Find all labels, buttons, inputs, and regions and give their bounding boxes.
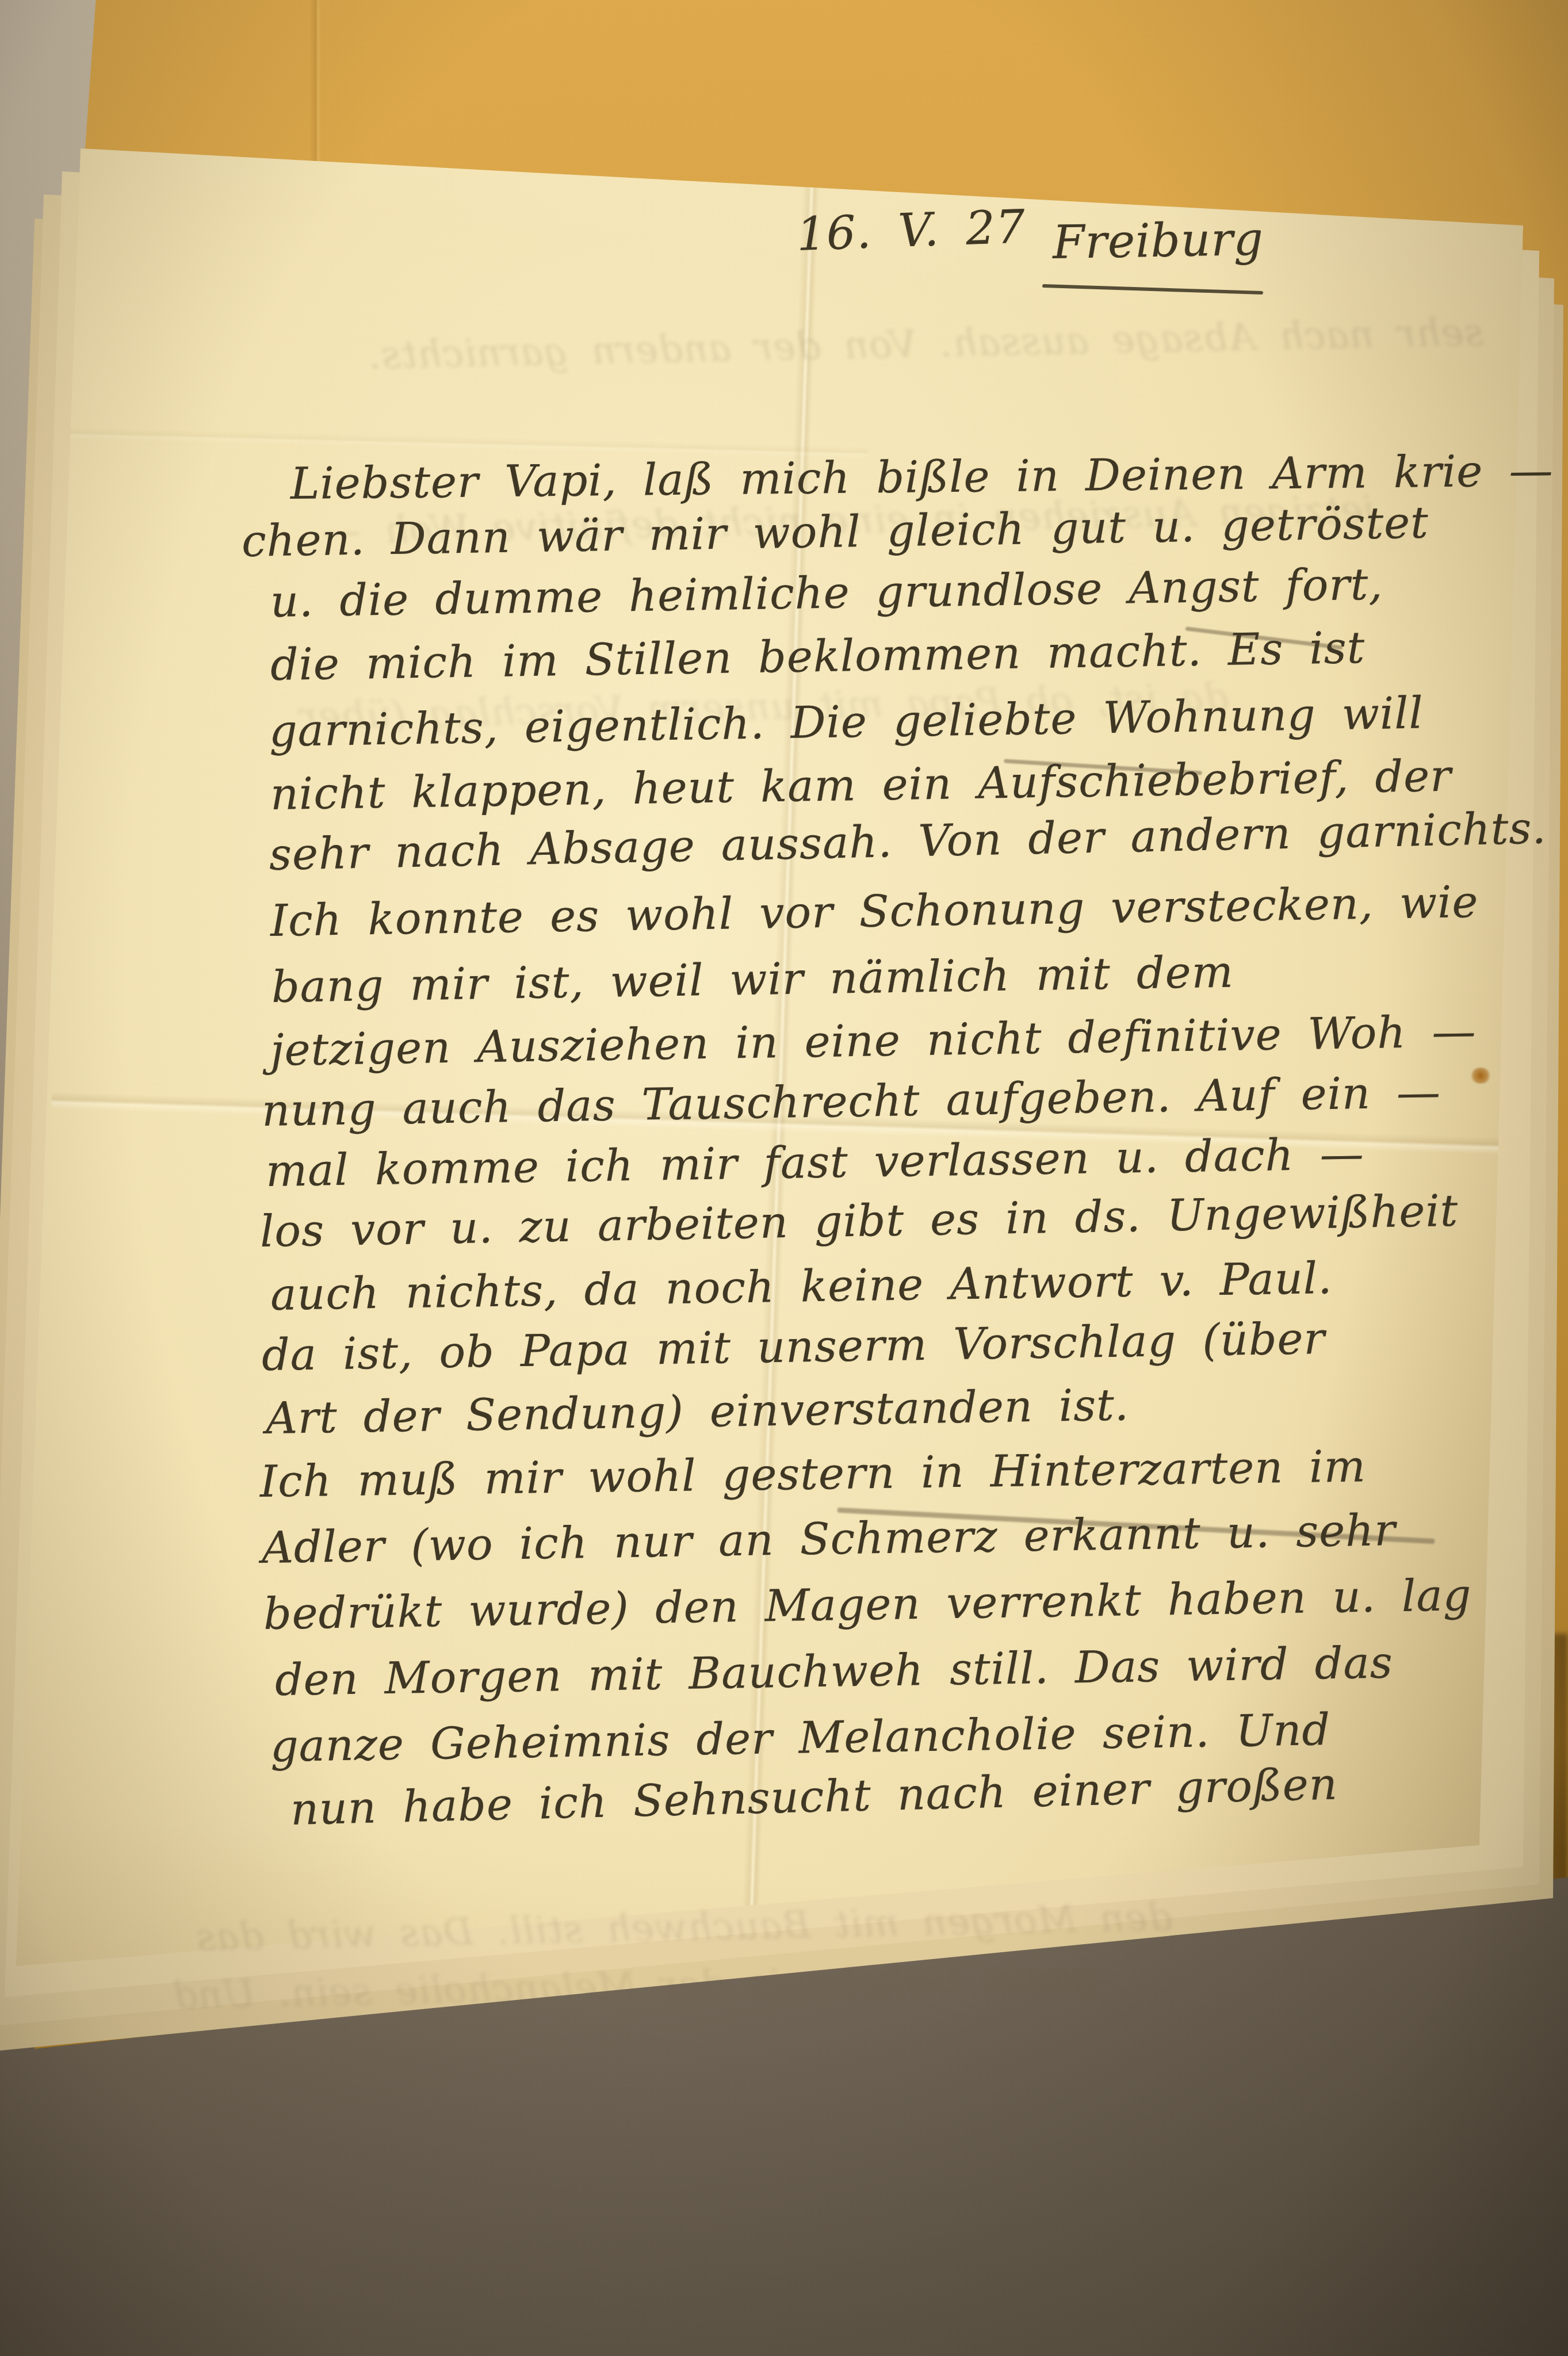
underline-freiburg bbox=[1042, 284, 1263, 294]
handwriting-layer: 16. V. 27 Freiburg Liebster Vapi, laß mi… bbox=[0, 0, 1568, 2356]
letter-date: 16. V. 27 bbox=[796, 204, 1027, 258]
letter-line: Ich konnte es wohl vor Schonung versteck… bbox=[270, 880, 1478, 943]
photo-of-letter: sehr nach Absage aussah. Von der andern … bbox=[0, 0, 1568, 2356]
letter-line: nun habe ich Sehnsucht nach einer großen bbox=[290, 1762, 1338, 1831]
letter-line: die mich im Stillen beklommen macht. Es … bbox=[270, 626, 1365, 687]
letter-line: auch nichts, da noch keine Antwort v. Pa… bbox=[270, 1256, 1332, 1317]
letter-line: nung auch das Tauschrecht aufgeben. Auf … bbox=[261, 1070, 1441, 1133]
letter-line: nicht klappen, heut kam ein Aufschiebebr… bbox=[270, 754, 1452, 816]
letter-line: sehr nach Absage aussah. Von der andern … bbox=[269, 806, 1547, 876]
letter-line: Adler (wo ich nur an Schmerz erkannt u. … bbox=[261, 1508, 1396, 1570]
letter-line: bedrükt wurde) den Magen verrenkt haben … bbox=[263, 1573, 1471, 1636]
letter-line: u. die dumme heimliche grundlose Angst f… bbox=[270, 563, 1383, 624]
letter-line: Ich muß mir wohl gestern in Hinterzarten… bbox=[259, 1444, 1366, 1504]
letter-line: bang mir ist, weil wir nämlich mit dem bbox=[271, 950, 1234, 1009]
letter-line: los vor u. zu arbeiten gibt es in ds. Un… bbox=[259, 1189, 1458, 1253]
letter-line: Liebster Vapi, laß mich bißle in Deinen … bbox=[290, 449, 1554, 506]
letter-line: mal komme ich mir fast verlassen u. dach… bbox=[265, 1132, 1364, 1193]
letter-line: jetzigen Ausziehen in eine nicht definit… bbox=[270, 1009, 1477, 1072]
letter-line: garnichts, eigentlich. Die geliebte Wohn… bbox=[269, 691, 1424, 753]
letter-line: da ist, ob Papa mit unserm Vorschlag (üb… bbox=[261, 1317, 1325, 1377]
letter-line: Art der Sendung) einverstanden ist. bbox=[265, 1383, 1129, 1440]
letter-line: ganze Geheimnis der Melancholie sein. Un… bbox=[270, 1708, 1330, 1768]
letter-place: Freiburg bbox=[1052, 216, 1264, 266]
letter-line: den Morgen mit Bauchweh still. Das wird … bbox=[274, 1640, 1393, 1702]
letter-line: chen. Dann wär mir wohl gleich gut u. ge… bbox=[241, 501, 1429, 563]
